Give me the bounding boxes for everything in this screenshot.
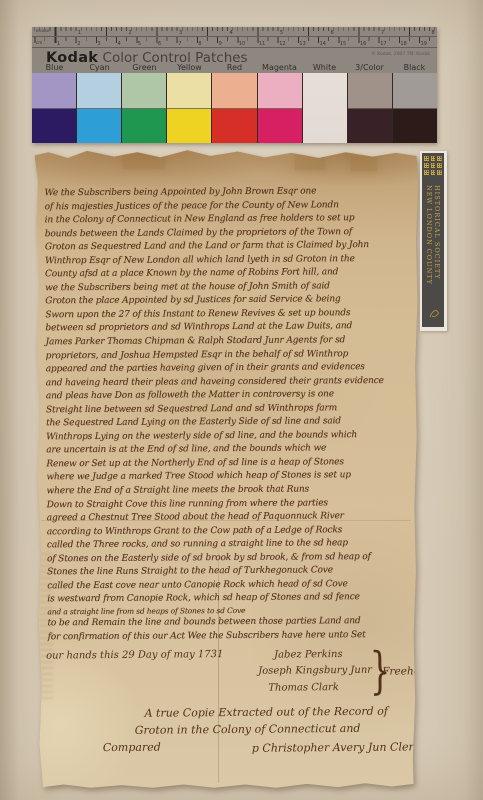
ruler-cm-number: 16: [360, 42, 366, 47]
patch-column-3-color: [348, 73, 393, 143]
witness-signature: Jabez Perkins: [274, 649, 343, 661]
ruler-inch-scale: KODAK 12345678: [32, 27, 437, 37]
ruler-cm-number: 8: [198, 42, 201, 47]
tape-stain: [295, 155, 325, 170]
patch-column-cyan: [77, 73, 122, 143]
ruler-inch-number: 8: [432, 31, 435, 36]
ruler-cm-number: 18: [400, 42, 406, 47]
patch-swatch-light: [77, 73, 121, 109]
patch-label-yellow: Yellow: [167, 63, 212, 72]
patch-label-black: Black: [392, 63, 437, 72]
society-name-line2: HISTORICAL SOCIETY: [433, 185, 441, 285]
patch-label-green: Green: [122, 63, 167, 72]
patch-label-white: White: [302, 63, 347, 72]
ruler-cm-number: 5: [138, 42, 141, 47]
handwriting-line: Groton as Sequestred Land and the Land o…: [45, 239, 412, 255]
ruler-cm-number: 10: [239, 42, 245, 47]
patch-swatch-light: [32, 73, 76, 109]
ruler-inch-number: 6: [331, 31, 334, 36]
ruler-inch-number: 5: [280, 31, 283, 36]
gold-grid-ornament: [424, 156, 442, 175]
ruler-cm-number: 7: [178, 42, 181, 47]
patch-swatch-light: [348, 73, 392, 109]
society-name-line1: NEW LONDON COUNTY: [425, 185, 433, 285]
patch-swatch-dark: [258, 109, 302, 144]
patch-swatch-dark: [393, 109, 437, 144]
handwriting-line: is westward from Canopie Rock, which sd …: [47, 591, 414, 607]
patch-swatch-light: [258, 73, 302, 109]
signature-block: our hands this 29 Day of may 1731 Jabez …: [46, 647, 413, 650]
ruler-cm-number: 6: [158, 42, 161, 47]
patch-label-3-color: 3/Color: [347, 63, 392, 72]
ruler-cm-number: 12: [279, 42, 285, 47]
parchment-paper: We the Subscribers being Appointed by Jo…: [33, 149, 419, 789]
patch-label-cyan: Cyan: [77, 63, 122, 72]
ruler-inch-number: 1: [78, 31, 81, 36]
kodak-bar-header: KODAK 12345678 cm 1234567891011121314151…: [32, 27, 437, 73]
patch-swatch-light: [122, 73, 166, 109]
ruler-cm-number: 3: [97, 42, 100, 47]
handwriting-line: and haveing heard their pleas and havein…: [46, 374, 413, 390]
kodak-color-bar: KODAK 12345678 cm 1234567891011121314151…: [32, 27, 437, 143]
ruler-cm-number: 15: [340, 42, 346, 47]
handwriting-line: for confirmation of this our Act Wee the…: [48, 628, 415, 644]
ruler-brand-text: KODAK: [36, 29, 50, 33]
kodak-copyright-text: © Kodak, 2007 TM: Kodak: [371, 52, 430, 57]
attestation-line: Groton in the Colony of Connecticut and: [135, 722, 361, 737]
patch-column-green: [122, 73, 167, 143]
patch-swatch-dark: [167, 109, 211, 144]
ruler-cm-number: 2: [77, 42, 80, 47]
handwritten-body-text: We the Subscribers being Appointed by Jo…: [44, 185, 414, 645]
manuscript-document: We the Subscribers being Appointed by Jo…: [33, 149, 419, 789]
patch-column-red: [212, 73, 257, 143]
historical-society-bookmark: NEW LONDON COUNTY HISTORICAL SOCIETY: [420, 151, 447, 331]
date-line: our hands this 29 Day of may 1731: [46, 649, 223, 662]
ruler-unit-text: cm: [36, 40, 42, 45]
ruler-inch-number: 4: [230, 31, 233, 36]
patch-labels-row: BlueCyanGreenYellowRedMagentaWhite3/Colo…: [32, 63, 437, 72]
patch-column-blue: [32, 73, 77, 143]
ruler-inch-number: 2: [129, 31, 132, 36]
bookmark-panel: NEW LONDON COUNTY HISTORICAL SOCIETY: [422, 153, 444, 327]
society-name-vertical-text: NEW LONDON COUNTY HISTORICAL SOCIETY: [425, 185, 441, 285]
patch-column-white: [303, 73, 348, 143]
patch-swatch: [303, 73, 347, 143]
ruler-cm-number: 19: [421, 42, 427, 47]
attestation-line: Compared: [103, 741, 161, 755]
patch-swatch-dark: [212, 109, 256, 144]
patch-column-black: [393, 73, 437, 143]
color-patches-grid: [32, 73, 437, 143]
ruler-cm-number: 14: [320, 42, 326, 47]
ruler-inch-number: 7: [381, 31, 384, 36]
ruler-cm-number: 13: [299, 42, 305, 47]
patch-label-blue: Blue: [32, 63, 77, 72]
patch-swatch-light: [393, 73, 437, 109]
patch-swatch-dark: [348, 109, 392, 144]
patch-label-red: Red: [212, 63, 257, 72]
ruler-cm-number: 11: [259, 42, 265, 47]
patch-swatch-light: [212, 73, 256, 109]
ruler-cm-number: 4: [118, 42, 121, 47]
patch-label-magenta: Magenta: [257, 63, 302, 72]
patch-swatch-dark: [32, 109, 76, 144]
tape-stain: [351, 157, 377, 171]
patch-column-yellow: [167, 73, 212, 143]
clerk-signature: p Christopher Avery Jun Cler: [252, 740, 414, 754]
patch-column-magenta: [258, 73, 303, 143]
ruler-cm-number: 1: [57, 42, 60, 47]
gold-script-flourish: [428, 305, 440, 321]
patch-swatch-dark: [122, 109, 166, 144]
witness-signature: Thomas Clark: [268, 682, 339, 694]
ruler-inch-number: 3: [179, 31, 182, 36]
tape-stain: [123, 153, 165, 169]
ruler-cm-number: 17: [380, 42, 386, 47]
ruler-cm-scale: cm 12345678910111213141516171819: [32, 37, 437, 48]
patch-swatch-dark: [77, 109, 121, 144]
attestation-line: A true Copie Extracted out of the Record…: [145, 705, 388, 720]
patch-swatch-light: [167, 73, 211, 109]
ruler-cm-number: 9: [219, 42, 222, 47]
witness-signature: Joseph Kingsbury Junr: [258, 665, 372, 677]
